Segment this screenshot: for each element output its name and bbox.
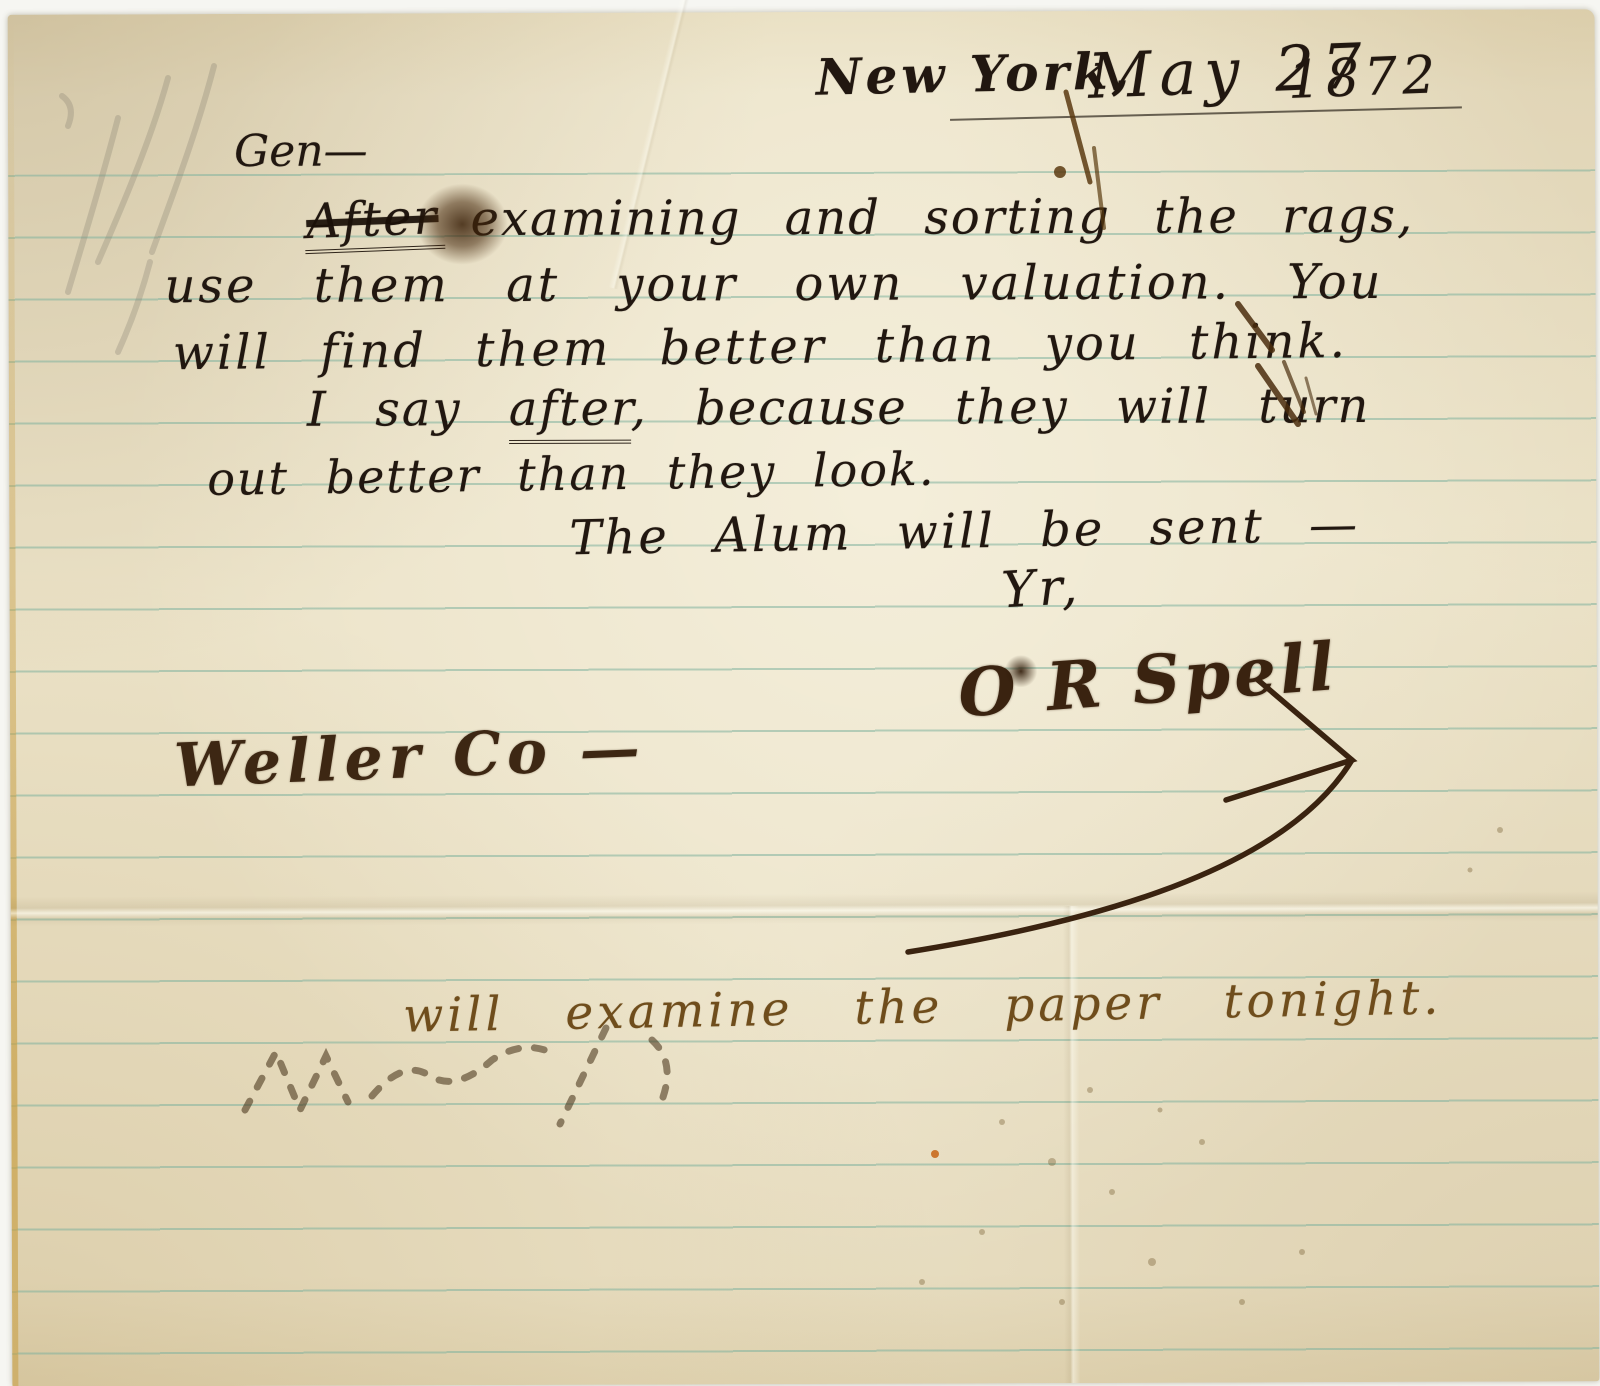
dateline-rule [950, 106, 1462, 121]
body-line-5: out better than they look. [207, 446, 936, 502]
fold-crease-horizontal [11, 891, 1598, 927]
addressee: Weller Co — [173, 718, 647, 796]
body-line-6: The Alum will be sent — [569, 501, 1360, 563]
body-line-1-rest: examining and sorting the rags, [470, 188, 1414, 247]
body-line-2: use them at your own valuation. You [164, 258, 1383, 310]
body-line-4-pre: I say [307, 381, 462, 438]
body-line-3: will find them better than you think. [173, 317, 1349, 377]
body-line-4-post: , because they will turn [631, 378, 1371, 437]
signature-ink-blot [1004, 655, 1038, 687]
closing: Yr, [1000, 561, 1082, 615]
dateline-place: New York, [815, 46, 1133, 103]
letter-scan: New York, May 27 1872 Gen— Afterexaminin… [0, 0, 1600, 1386]
underlined-word: after [509, 381, 631, 444]
paper: New York, May 27 1872 Gen— Afterexaminin… [8, 9, 1600, 1386]
dateline-year: 1872 [1287, 49, 1441, 107]
salutation: Gen— [234, 130, 368, 174]
ink-blot [416, 183, 508, 265]
body-line-4: I say after, because they will turn [307, 382, 1371, 434]
